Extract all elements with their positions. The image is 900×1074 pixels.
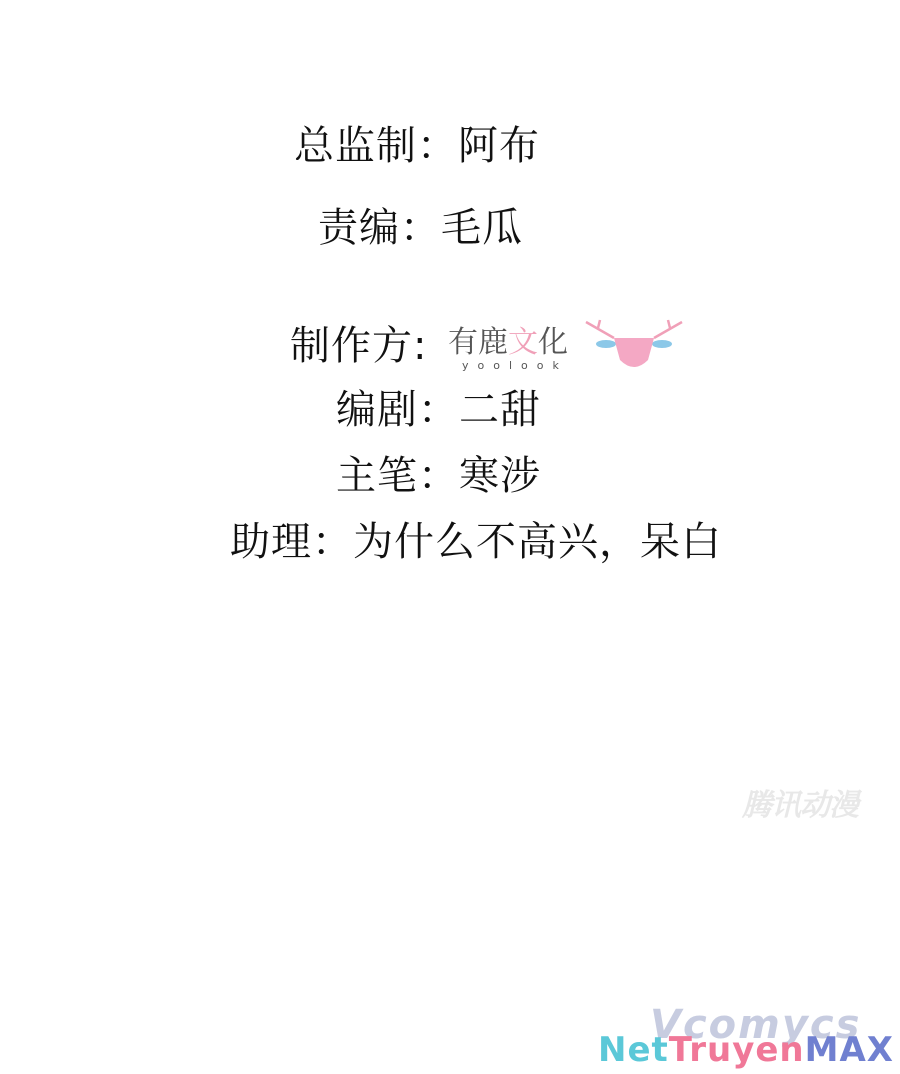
role-label: 总监制 <box>294 123 417 169</box>
role-label: 助理 <box>230 519 312 565</box>
logo-text: 化 <box>538 325 568 360</box>
watermark-part: MAX <box>805 1030 894 1070</box>
role-label: 责编 <box>318 205 400 251</box>
watermark-part: Truyen <box>669 1030 805 1070</box>
studio-logo-en: yoolook <box>462 360 568 372</box>
credit-producer: 制作方: <box>290 322 427 370</box>
person-name: 阿布 <box>458 123 540 169</box>
watermark-part: Net <box>598 1030 669 1070</box>
separator: ： <box>312 519 353 565</box>
person-name: 寒涉 <box>459 453 541 499</box>
person-name: 毛瓜 <box>441 205 523 251</box>
separator: : <box>413 323 427 369</box>
role-label: 编剧 <box>336 387 418 433</box>
tencent-watermark: 腾讯动漫 <box>742 780 858 824</box>
studio-logo: 有鹿文化 yoolook <box>448 326 568 372</box>
separator: ： <box>418 453 459 499</box>
credit-writer: 编剧：二甜 <box>336 386 541 434</box>
logo-text: 有鹿 <box>448 325 508 360</box>
separator: ： <box>400 205 441 251</box>
logo-text-accent: 文 <box>508 325 538 360</box>
nettruyen-watermark: NetTruyenMAX <box>598 1030 894 1070</box>
credit-artist: 主笔：寒涉 <box>336 452 541 500</box>
credit-editor: 责编：毛瓜 <box>318 204 523 252</box>
credit-assistants: 助理：为什么不高兴，呆白 <box>230 518 722 566</box>
deer-head-icon <box>584 318 684 378</box>
separator: ： <box>417 123 458 169</box>
person-name: 为什么不高兴，呆白 <box>353 519 722 565</box>
person-name: 二甜 <box>459 387 541 433</box>
role-label: 制作方 <box>290 323 413 369</box>
role-label: 主笔 <box>336 453 418 499</box>
credit-director: 总监制：阿布 <box>294 122 540 170</box>
studio-logo-cn: 有鹿文化 <box>448 326 568 360</box>
separator: ： <box>418 387 459 433</box>
